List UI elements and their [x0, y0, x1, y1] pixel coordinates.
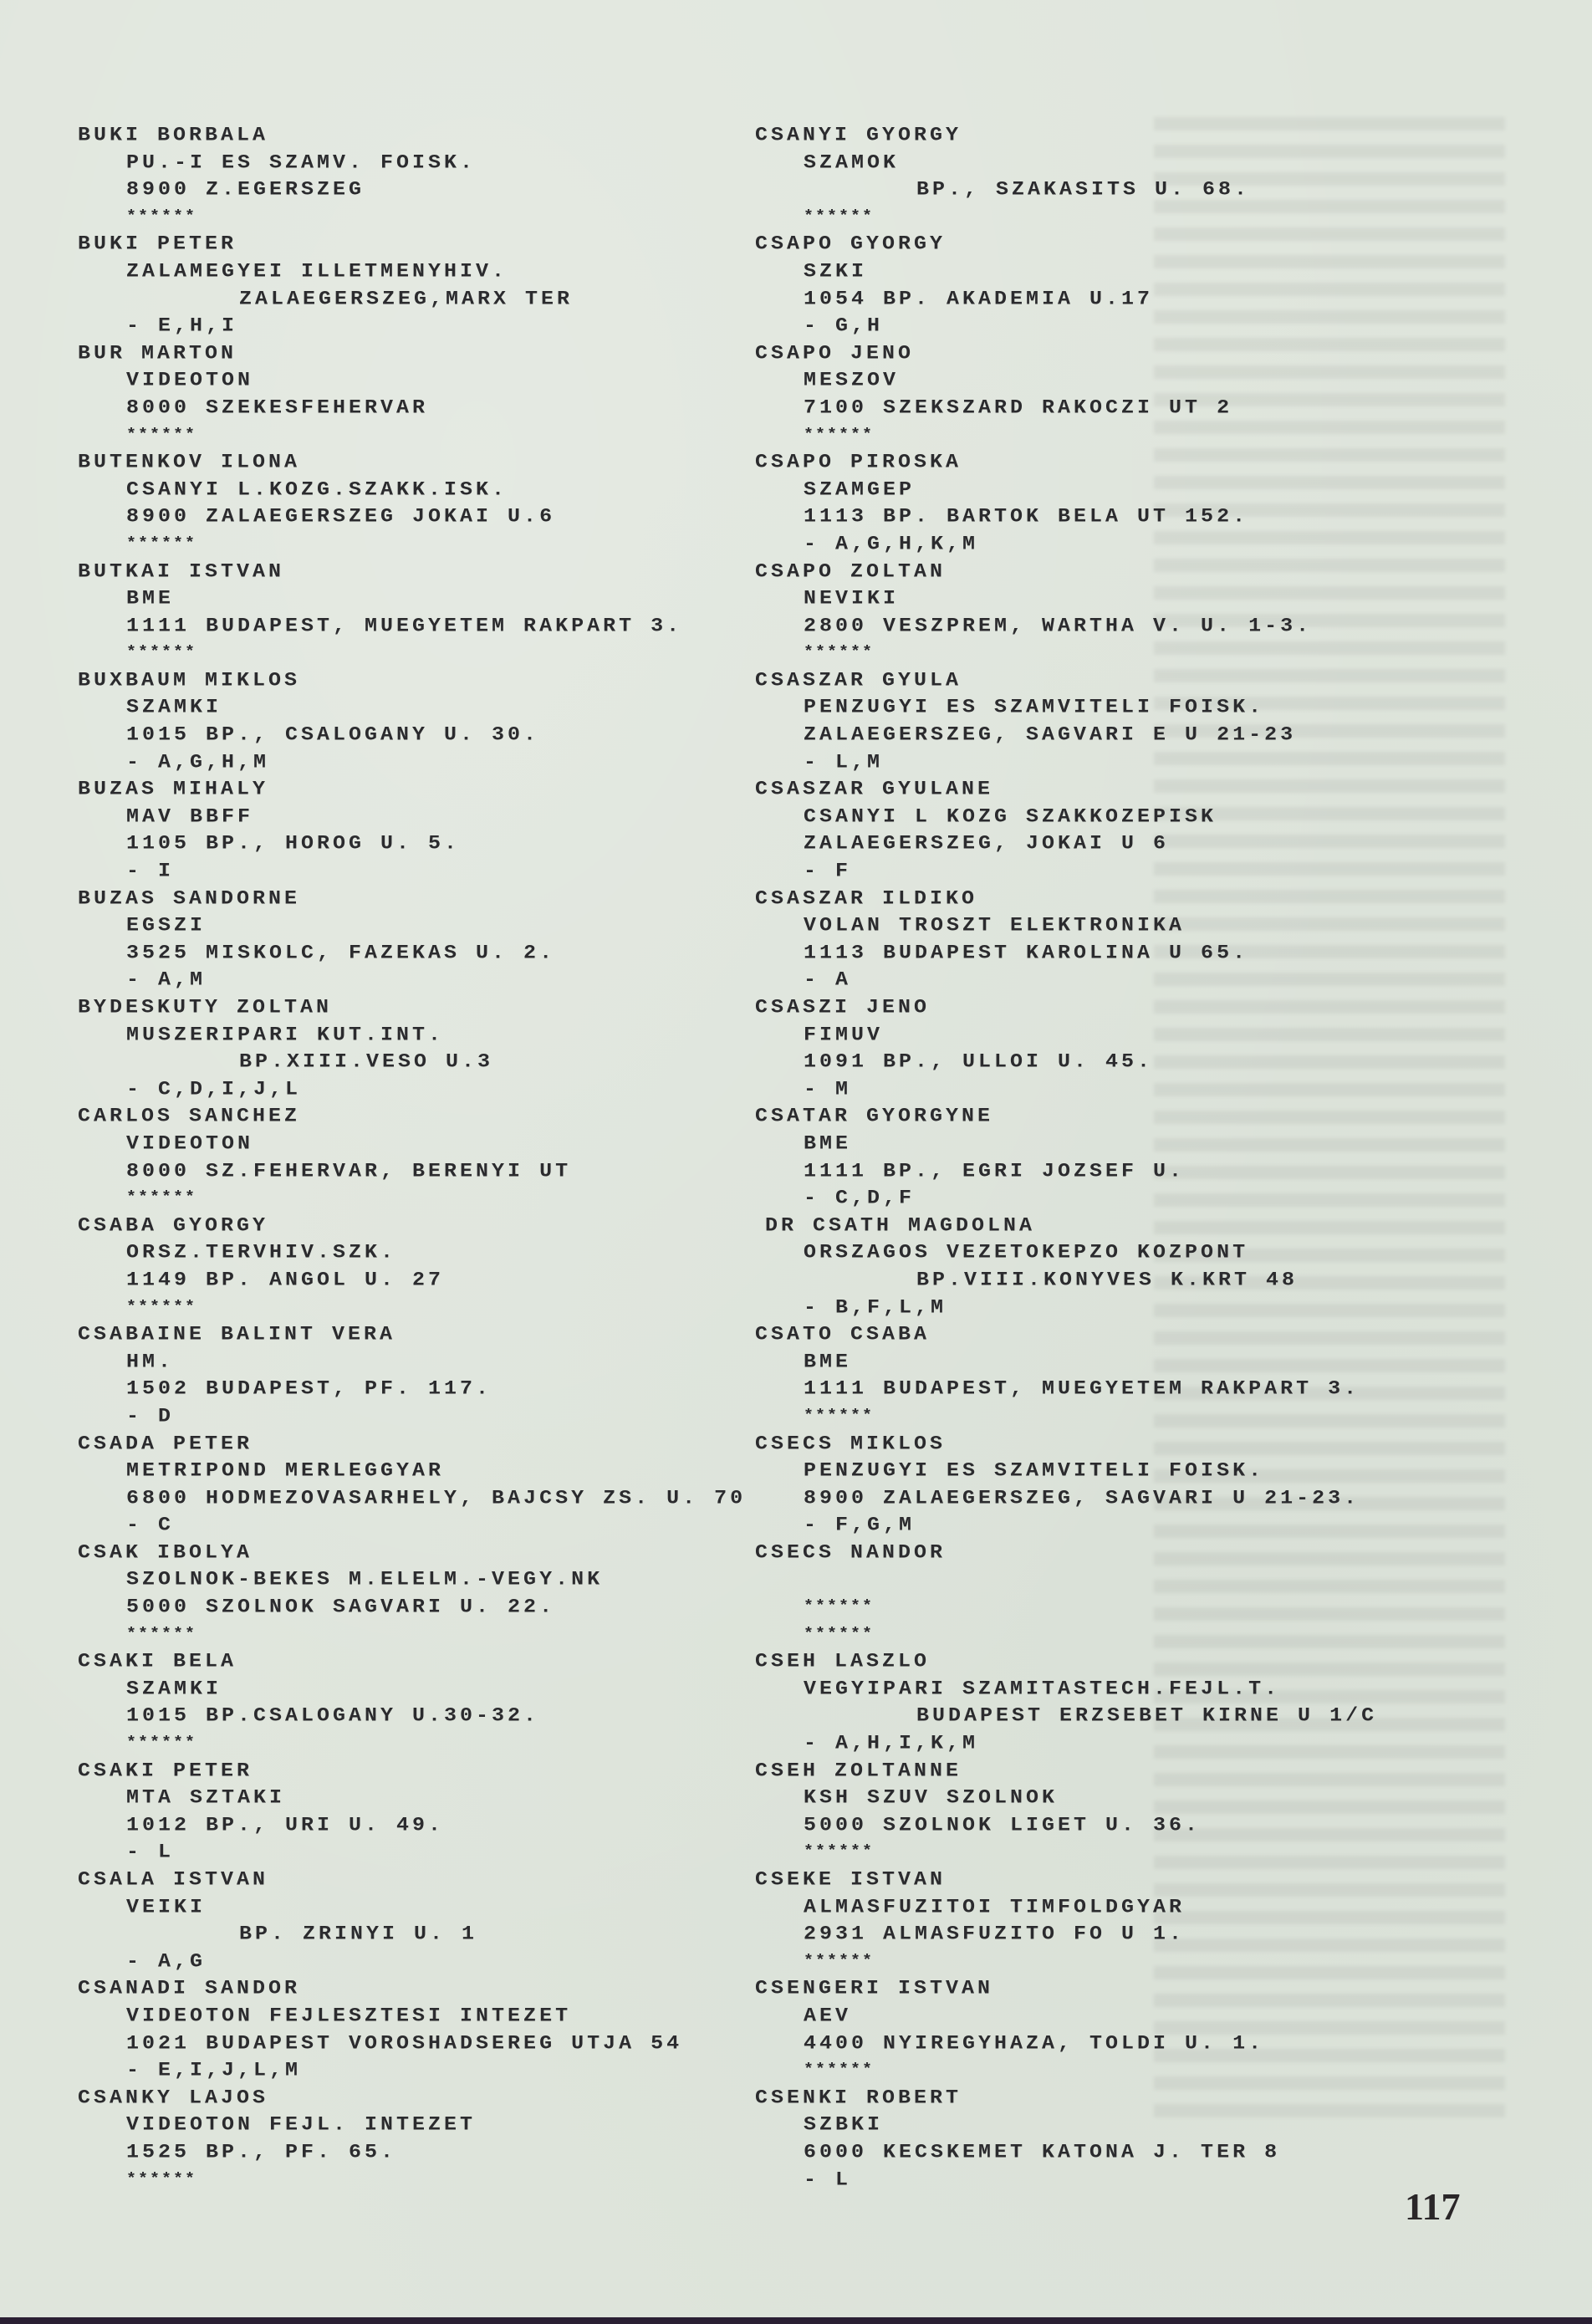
right-column: CSANYI GYORGYSZAMOKBP., SZAKASITS U. 68.…: [755, 122, 1377, 2194]
entry-detail: 1021 BUDAPEST VOROSHADSEREG UTJA 54: [78, 2031, 746, 2056]
entry-detail: PENZUGYI ES SZAMVITELI FOISK.: [755, 1458, 1377, 1484]
entry-detail: MTA SZTAKI: [78, 1786, 746, 1811]
entry-detail: FIMUV: [755, 1023, 1377, 1048]
entry-detail: 4400 NYIREGYHAZA, TOLDI U. 1.: [755, 2031, 1377, 2056]
entry-separator: ******: [78, 1186, 746, 1211]
entry-codes: - B,F,L,M: [755, 1295, 1377, 1320]
entry-detail: VEIKI: [78, 1895, 746, 1920]
entry-codes: - A,H,I,K,M: [755, 1731, 1377, 1756]
entry-detail: PENZUGYI ES SZAMVITELI FOISK.: [755, 696, 1377, 721]
entry-name: CSEKE ISTVAN: [755, 1867, 1377, 1892]
entry-name: BUKI PETER: [78, 232, 746, 258]
entry-detail: AEV: [755, 2004, 1377, 2029]
entry-codes: - A,G,H,K,M: [755, 532, 1377, 557]
entry-name: BUKI BORBALA: [78, 123, 746, 148]
entry-detail: PU.-I ES SZAMV. FOISK.: [78, 151, 746, 176]
entry-detail: 1111 BUDAPEST, MUEGYETEM RAKPART 3.: [78, 614, 746, 639]
entry-detail: 1111 BP., EGRI JOZSEF U.: [755, 1159, 1377, 1184]
entry-separator: ******: [755, 2058, 1377, 2083]
entry-detail: 6800 HODMEZOVASARHELY, BAJCSY ZS. U. 70: [78, 1486, 746, 1511]
directory-page: BUKI BORBALAPU.-I ES SZAMV. FOISK.8900 Z…: [0, 0, 1592, 2324]
entry-detail: 1502 BUDAPEST, PF. 117.: [78, 1377, 746, 1402]
entry-separator: ******: [78, 2168, 746, 2193]
entry-detail: ZALAEGERSZEG, JOKAI U 6: [755, 832, 1377, 857]
page-number: 117: [1405, 2184, 1460, 2229]
entry-codes: - L: [755, 2168, 1377, 2193]
entry-name: CSALA ISTVAN: [78, 1867, 746, 1892]
entry-detail: SZAMGEP: [755, 478, 1377, 503]
entry-codes: - A,G: [78, 1949, 746, 1974]
left-column: BUKI BORBALAPU.-I ES SZAMV. FOISK.8900 Z…: [78, 122, 746, 2194]
entry-name: CSAPO JENO: [755, 341, 1377, 366]
entry-detail: 8000 SZEKESFEHERVAR: [78, 396, 746, 421]
entry-name: CSASZAR GYULA: [755, 668, 1377, 693]
entry-address: BP., SZAKASITS U. 68.: [755, 177, 1377, 202]
entry-detail: SZAMKI: [78, 1677, 746, 1702]
entry-detail: HM.: [78, 1350, 746, 1375]
entry-address: BP.XIII.VESO U.3: [78, 1050, 746, 1075]
entry-detail: 1149 BP. ANGOL U. 27: [78, 1268, 746, 1293]
entry-detail: 8900 ZALAEGERSZEG, SAGVARI U 21-23.: [755, 1486, 1377, 1511]
entry-name: CSEH LASZLO: [755, 1650, 1377, 1675]
entry-detail: 8000 SZ.FEHERVAR, BERENYI UT: [78, 1159, 746, 1184]
entry-detail: MESZOV: [755, 369, 1377, 394]
entry-name: CSAPO GYORGY: [755, 232, 1377, 258]
entry-name: CSATO CSABA: [755, 1322, 1377, 1347]
entry-codes: - L: [78, 1841, 746, 1866]
entry-name: CSANADI SANDOR: [78, 1977, 746, 2002]
entry-codes: - A: [755, 968, 1377, 993]
entry-codes: - L,M: [755, 750, 1377, 775]
entry-separator: ******: [78, 641, 746, 667]
entry-codes: - F: [755, 859, 1377, 884]
entry-detail: ALMASFUZITOI TIMFOLDGYAR: [755, 1895, 1377, 1920]
entry-name: CSABA GYORGY: [78, 1213, 746, 1239]
entry-detail: ZALAEGERSZEG, SAGVARI E U 21-23: [755, 723, 1377, 748]
entry-address: BP.VIII.KONYVES K.KRT 48: [755, 1268, 1377, 1293]
entry-detail: EGSZI: [78, 914, 746, 939]
entry-name: CSANYI GYORGY: [755, 123, 1377, 148]
entry-name: CSAK IBOLYA: [78, 1540, 746, 1566]
entry-detail: METRIPOND MERLEGGYAR: [78, 1458, 746, 1484]
entry-codes: - E,I,J,L,M: [78, 2058, 746, 2083]
entry-codes: - C: [78, 1514, 746, 1539]
entry-detail: 1525 BP., PF. 65.: [78, 2140, 746, 2165]
entry-separator: ******: [755, 1949, 1377, 1974]
entry-detail: 1105 BP., HOROG U. 5.: [78, 832, 746, 857]
entry-name: CSECS MIKLOS: [755, 1432, 1377, 1457]
entry-codes: - F,G,M: [755, 1514, 1377, 1539]
entry-name: CSASZI JENO: [755, 995, 1377, 1020]
entry-detail: 1054 BP. AKADEMIA U.17: [755, 287, 1377, 312]
entry-name: CSEH ZOLTANNE: [755, 1759, 1377, 1784]
entry-codes: - M: [755, 1077, 1377, 1102]
entry-codes: - C,D,F: [755, 1186, 1377, 1211]
entry-detail: SZBKI: [755, 2113, 1377, 2138]
entry-name: CSENKI ROBERT: [755, 2086, 1377, 2111]
entry-detail: [755, 1568, 1377, 1593]
entry-detail: NEVIKI: [755, 586, 1377, 611]
entry-detail: ZALAMEGYEI ILLETMENYHIV.: [78, 259, 746, 284]
entry-separator: ******: [755, 1622, 1377, 1647]
entry-detail: 2800 VESZPREM, WARTHA V. U. 1-3.: [755, 614, 1377, 639]
entry-detail: VIDEOTON: [78, 369, 746, 394]
entry-codes: - C,D,I,J,L: [78, 1077, 746, 1102]
entry-detail: BME: [78, 586, 746, 611]
entry-detail: 2931 ALMASFUZITO FO U 1.: [755, 1922, 1377, 1947]
entry-detail: SZKI: [755, 259, 1377, 284]
entry-detail: 1113 BUDAPEST KAROLINA U 65.: [755, 941, 1377, 966]
entry-detail: CSANYI L.KOZG.SZAKK.ISK.: [78, 478, 746, 503]
entry-name: CSECS NANDOR: [755, 1540, 1377, 1566]
entry-detail: BME: [755, 1350, 1377, 1375]
entry-detail: BME: [755, 1131, 1377, 1157]
entry-detail: 1015 BP., CSALOGANY U. 30.: [78, 723, 746, 748]
entry-separator: ******: [755, 1841, 1377, 1866]
entry-name: CSENGERI ISTVAN: [755, 1977, 1377, 2002]
entry-name: CSASZAR ILDIKO: [755, 886, 1377, 912]
entry-separator: ******: [755, 423, 1377, 448]
entry-detail: VIDEOTON: [78, 1131, 746, 1157]
entry-detail: SZAMKI: [78, 696, 746, 721]
entry-detail: CSANYI L KOZG SZAKKOZEPISK: [755, 804, 1377, 830]
entry-address: ZALAEGERSZEG,MARX TER: [78, 287, 746, 312]
entry-detail: 6000 KECSKEMET KATONA J. TER 8: [755, 2140, 1377, 2165]
entry-codes: - A,M: [78, 968, 746, 993]
entry-name: CARLOS SANCHEZ: [78, 1105, 746, 1130]
entry-name: CSATAR GYORGYNE: [755, 1105, 1377, 1130]
entry-separator: ******: [755, 1595, 1377, 1620]
entry-codes: - A,G,H,M: [78, 750, 746, 775]
entry-codes: - G,H: [755, 314, 1377, 339]
entry-detail: 1113 BP. BARTOK BELA UT 152.: [755, 505, 1377, 530]
entry-detail: 8900 ZALAEGERSZEG JOKAI U.6: [78, 505, 746, 530]
entry-detail: 1091 BP., ULLOI U. 45.: [755, 1050, 1377, 1075]
entry-separator: ******: [78, 205, 746, 230]
entry-separator: ******: [78, 532, 746, 557]
entry-detail: KSH SZUV SZOLNOK: [755, 1786, 1377, 1811]
entry-detail: 3525 MISKOLC, FAZEKAS U. 2.: [78, 941, 746, 966]
entry-detail: MAV BBFF: [78, 804, 746, 830]
entry-name: BUXBAUM MIKLOS: [78, 668, 746, 693]
entry-address: BUDAPEST ERZSEBET KIRNE U 1/C: [755, 1704, 1377, 1729]
entry-detail: 5000 SZOLNOK LIGET U. 36.: [755, 1813, 1377, 1838]
entry-detail: MUSZERIPARI KUT.INT.: [78, 1023, 746, 1048]
entry-name: CSANKY LAJOS: [78, 2086, 746, 2111]
entry-detail: VEGYIPARI SZAMITASTECH.FEJL.T.: [755, 1677, 1377, 1702]
entry-separator: ******: [78, 1731, 746, 1756]
entry-codes: - I: [78, 859, 746, 884]
entry-detail: ORSZ.TERVHIV.SZK.: [78, 1241, 746, 1266]
entry-detail: 8900 Z.EGERSZEG: [78, 177, 746, 202]
entry-detail: ORSZAGOS VEZETOKEPZO KOZPONT: [755, 1241, 1377, 1266]
entry-name: BUZAS SANDORNE: [78, 886, 746, 912]
entry-separator: ******: [755, 641, 1377, 667]
entry-name: CSAKI PETER: [78, 1759, 746, 1784]
entry-detail: 1015 BP.CSALOGANY U.30-32.: [78, 1704, 746, 1729]
entry-name: CSASZAR GYULANE: [755, 778, 1377, 803]
entry-name: BUR MARTON: [78, 341, 746, 366]
entry-name: BUZAS MIHALY: [78, 778, 746, 803]
entry-separator: ******: [755, 205, 1377, 230]
entry-name: BUTKAI ISTVAN: [78, 559, 746, 585]
entry-name: CSADA PETER: [78, 1432, 746, 1457]
entry-name: CSAPO PIROSKA: [755, 450, 1377, 475]
entry-detail: 1012 BP., URI U. 49.: [78, 1813, 746, 1838]
entry-name: CSABAINE BALINT VERA: [78, 1322, 746, 1347]
entry-separator: ******: [755, 1404, 1377, 1429]
entry-detail: SZOLNOK-BEKES M.ELELM.-VEGY.NK: [78, 1568, 746, 1593]
entry-detail: 7100 SZEKSZARD RAKOCZI UT 2: [755, 396, 1377, 421]
entry-detail: VIDEOTON FEJL. INTEZET: [78, 2113, 746, 2138]
entry-codes: - E,H,I: [78, 314, 746, 339]
entry-detail: VOLAN TROSZT ELEKTRONIKA: [755, 914, 1377, 939]
entry-detail: VIDEOTON FEJLESZTESI INTEZET: [78, 2004, 746, 2029]
entry-separator: ******: [78, 423, 746, 448]
entry-detail: 5000 SZOLNOK SAGVARI U. 22.: [78, 1595, 746, 1620]
entry-name: DR CSATH MAGDOLNA: [755, 1213, 1377, 1239]
entry-detail: 1111 BUDAPEST, MUEGYETEM RAKPART 3.: [755, 1377, 1377, 1402]
entry-address: BP. ZRINYI U. 1: [78, 1922, 746, 1947]
page-bottom-edge: [0, 2317, 1592, 2324]
entry-name: BYDESKUTY ZOLTAN: [78, 995, 746, 1020]
entry-detail: SZAMOK: [755, 151, 1377, 176]
entry-separator: ******: [78, 1622, 746, 1647]
entry-separator: ******: [78, 1295, 746, 1320]
entry-name: CSAPO ZOLTAN: [755, 559, 1377, 585]
entry-name: BUTENKOV ILONA: [78, 450, 746, 475]
entry-codes: - D: [78, 1404, 746, 1429]
entry-name: CSAKI BELA: [78, 1650, 746, 1675]
